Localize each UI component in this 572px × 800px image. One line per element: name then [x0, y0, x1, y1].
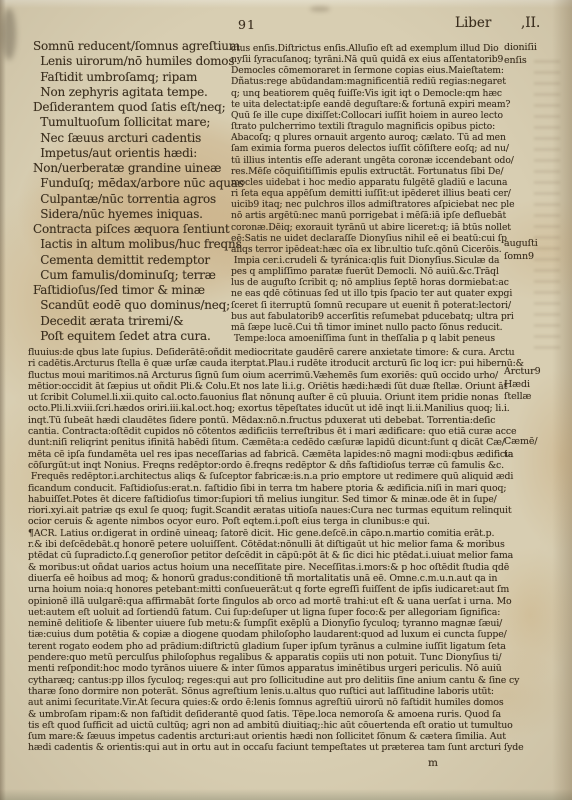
text-line: menti reſpondit:hoc modo tyrānos uiuere …: [28, 663, 512, 674]
text-line: & umbroſam ripam:& non faſtidit deſidera…: [28, 709, 512, 720]
text-line: inqt.Tū ſubeāt hædi claudētes ſidere pon…: [28, 415, 512, 426]
text-line: riori.xyi.ait patriæ qs exul ſe quoq; fu…: [28, 505, 512, 516]
text-line: mocles uidebat i hoc medio apparatu fulg…: [231, 177, 507, 188]
margin-note-caementa: Cæmē/ta: [504, 436, 568, 461]
text-line: Cæmē/: [504, 436, 568, 449]
text-line: Poſt equitem ſedet atra cura.: [33, 329, 233, 344]
text-line: Impia cer.i.crudeli & tyránica:qlis fuit…: [231, 255, 507, 266]
text-line: Somnū reducent/ſomnus agreſtium: [33, 39, 233, 54]
text-line: tiæ:cuius dum potētia & copiæ a diogene …: [28, 629, 512, 640]
text-line: fluctus moui maritimos.nā Arcturus ſignū…: [28, 370, 512, 381]
text-line: aliqs terror ipēdeat:hæc oīa ex libr.ult…: [231, 244, 507, 255]
text-line: Tumultuoſum ſollicitat mare;: [33, 115, 233, 130]
text-line: pendere:quo metū perculſus philoſophus r…: [28, 652, 512, 663]
text-line: cytharæq; cantus:pp illos ſyculoq; reges…: [28, 675, 512, 686]
text-line: ſceret ſi iterruptū ſomnū recupare ut eu…: [231, 300, 507, 311]
text-line: habuiſſet.Potes ēt dicere faſtidioſus ti…: [28, 494, 512, 505]
page-number: 91: [238, 17, 256, 32]
book-number: ,II.: [521, 15, 540, 31]
text-line: Decedit ærata triremi/&: [33, 314, 233, 329]
text-line: tis eſt quod ſufficit ad uictū cultūq; a…: [28, 720, 512, 731]
text-line: r.& ibi deſcēdebāt.q honorē petere uolui…: [28, 539, 512, 550]
running-title: Liber: [455, 15, 491, 31]
text-line: nō artis argētū:nec manū porrigebat i mē…: [231, 210, 507, 221]
text-line: Culpantæ/nūc torrentia agros: [33, 192, 233, 207]
text-line: tū illius intentis eſſe aderant ungēta c…: [231, 155, 507, 166]
text-line: Cum famulis/dominuſq; terræ: [33, 268, 233, 283]
text-line: diuerſa eē hoibus ad moq; & honorū gradu…: [28, 573, 512, 584]
text-line: ptēdat cū ſupradicto.ſ.q generoſior peti…: [28, 550, 512, 561]
text-line: Faſtidit umbroſamq; ripam: [33, 70, 233, 85]
margin-note-dionysius: dioniſiienſis: [504, 42, 568, 67]
text-line: enſis: [504, 55, 568, 68]
text-line: mēta cē ipſa fundamēta uel res ipas nece…: [28, 449, 512, 460]
text-line: Quū ſe ille cupe dixiſſet:Collocari iuſſ…: [231, 110, 507, 121]
text-line: mā ſæpe lucē.Cui tñ timor iminet nullo p…: [231, 322, 507, 333]
text-line: Funduſq; mēdax/arbore nūc aquas: [33, 176, 233, 191]
text-line: dunt:niſi reliqrint penitus ifinitā habē…: [28, 437, 512, 448]
text-line: Arctur9: [504, 366, 568, 379]
text-line: ocior ceruis & agente nimbos ocyor euro.…: [28, 516, 512, 527]
margin-note-augustus: auguſtiſomn9: [504, 238, 568, 263]
text-line: coronæ.Dēiq; exorauit tyrānū ut abire li…: [231, 222, 507, 233]
text-line: Non zephyris agitata tempe.: [33, 85, 233, 100]
text-line: ne eas qdē cōtinuas ſed ut illo tpis ſpa…: [231, 288, 507, 299]
text-line: & moribus:ut oñdat uarios actus hoium un…: [28, 562, 512, 573]
commentary-column: ctus enſis.Diſtrictus enſis.Alluſio eſt …: [231, 43, 507, 344]
text-line: urna hoium noia:q honores petebant:mitti…: [28, 584, 512, 595]
text-line: cōſurgūt:ut inqt Nonius. Freqns redēptor…: [28, 460, 512, 471]
text-line: pes q ampliſſimo paratæ fuerūt Democli. …: [231, 266, 507, 277]
text-line: neminē delitioſe & libenter uiuere ſub m…: [28, 618, 512, 629]
text-line: bus aut fabulatorib9 accerſitis reſumeba…: [231, 311, 507, 322]
text-line: ſum mare:& ſæuus impetus cadentis arctur…: [28, 731, 512, 742]
verse-column: Somnū reducent/ſomnus agreſtium Lenis ui…: [33, 39, 233, 344]
text-line: Cementa demittit redemptor: [33, 253, 233, 268]
text-line: Sidera/nūc hyemes iniquas.: [33, 207, 233, 222]
text-line: Deſiderantem quod ſatis eſt/neq;: [33, 100, 233, 115]
text-line: Non/uerberatæ grandine uineæ: [33, 161, 233, 176]
margin-note-arcturus: Arctur9Hædiſtellæ: [504, 366, 568, 404]
text-line: Frequēs redēptor.i.architectus aliqs & ſ…: [28, 471, 512, 482]
text-line: octo.Pli.li.xviii.ſcri.hædos oriri.iii.k…: [28, 403, 512, 414]
text-line: Impetus/aut orientis hædi:: [33, 146, 233, 161]
text-line: fluuius:de qbus late ſupius. Deſiderātē:…: [28, 347, 512, 358]
text-line: ut ſcribit Columel.li.xii.quito cal.octo…: [28, 392, 512, 403]
text-line: ctus enſis.Diſtrictus enſis.Alluſio eſt …: [231, 43, 507, 54]
text-line: Contracta piſces æquora ſentiunt: [33, 222, 233, 237]
text-line: Tempe:loca amoeniſſima ſunt in theſſalia…: [231, 333, 507, 344]
text-line: ſomn9: [504, 251, 568, 264]
text-line: aut animi ſecuritate.Vir.At ſecura quies…: [28, 697, 512, 708]
text-line: terent rogato eodem pho ad prādium:diſtr…: [28, 641, 512, 652]
signature-mark: m: [428, 757, 438, 769]
text-line: tharæ ſono dormire non poterāt. Sōnus ag…: [28, 686, 512, 697]
text-line: Dñatus:rege abūdandam:magnificentiā redi…: [231, 76, 507, 87]
text-line: Abacoſq; q plures ornauit argento auroq;…: [231, 132, 507, 143]
text-line: cantia. Contracta:oſtēdit cupidos nō cōt…: [28, 426, 512, 437]
text-line: mētior:occidit āt ſæpius ut oñdit Pli.& …: [28, 381, 512, 392]
text-line: Democles cōmemoraret in ſermone copias e…: [231, 65, 507, 76]
text-line: dioniſii: [504, 42, 568, 55]
text-line: res.Mēſe cōquiſitiſſimis epulis extructā…: [231, 166, 507, 177]
text-line: ficandum conducit. Faſtidioſus:erat.n. f…: [28, 483, 512, 494]
gloss-text-block: fluuius:de qbus late ſupius. Deſiderātē:…: [28, 347, 512, 754]
text-line: ſtellæ: [504, 391, 568, 404]
text-line: uet:autem eſt uoluit ad ſortiendū fatum.…: [28, 607, 512, 618]
text-line: hædi cadentis & orientis:qui aut in ortu…: [28, 742, 512, 753]
text-line: ta: [504, 449, 568, 462]
text-line: auguſti: [504, 238, 568, 251]
text-line: Scandūt eodē quo dominus/neq;: [33, 298, 233, 313]
ink-smudge: [310, 6, 330, 12]
text-line: te uita delectat:ipſe eandē deguſtare:& …: [231, 99, 507, 110]
text-line: ri cadētis.Arcturus ſtella ē quæ urſæ ca…: [28, 358, 512, 369]
text-line: ſam eximia forma pueros delectos iuſſit …: [231, 143, 507, 154]
text-line: Faſtidioſus/ſed timor & minæ: [33, 283, 233, 298]
bleedthrough-marks: [534, 60, 560, 350]
text-line: ¶ACR. Latius or.digerat in ordinē uineaq…: [28, 528, 512, 539]
book-page-scan: 91 Liber ,II. Somnū reducent/ſomnus agre…: [0, 0, 572, 800]
text-line: Iactis in altum molibus/huc freqns: [33, 237, 233, 252]
text-line: ri ſeta equa appēſum demitti iuſſit:ut i…: [231, 188, 507, 199]
text-line: Hædi: [504, 379, 568, 392]
text-line: q; unq beatiorem quēq fuiſſe:Vis igit iq…: [231, 88, 507, 99]
text-line: uicib9 itaq; nec pulchros illos admiſtra…: [231, 199, 507, 210]
text-line: lus de auguſto ſcribit q; nō amplius ſep…: [231, 277, 507, 288]
ink-smudge: [2, 8, 16, 60]
text-line: ſtrato pulcherrimo textili ſtragulo magn…: [231, 121, 507, 132]
text-line: nyſii ſyracuſanoq; tyrāni.Nā quū quidā e…: [231, 54, 507, 65]
text-line: Lenis uirorum/nō humiles domos: [33, 54, 233, 69]
text-line: eē:Satis ne uidet declaraſſe Dionyſius n…: [231, 233, 507, 244]
text-line: Nec ſæuus arcturi cadentis: [33, 131, 233, 146]
text-line: opinionē illā uulgarē:qua affirmabāt ſor…: [28, 596, 512, 607]
